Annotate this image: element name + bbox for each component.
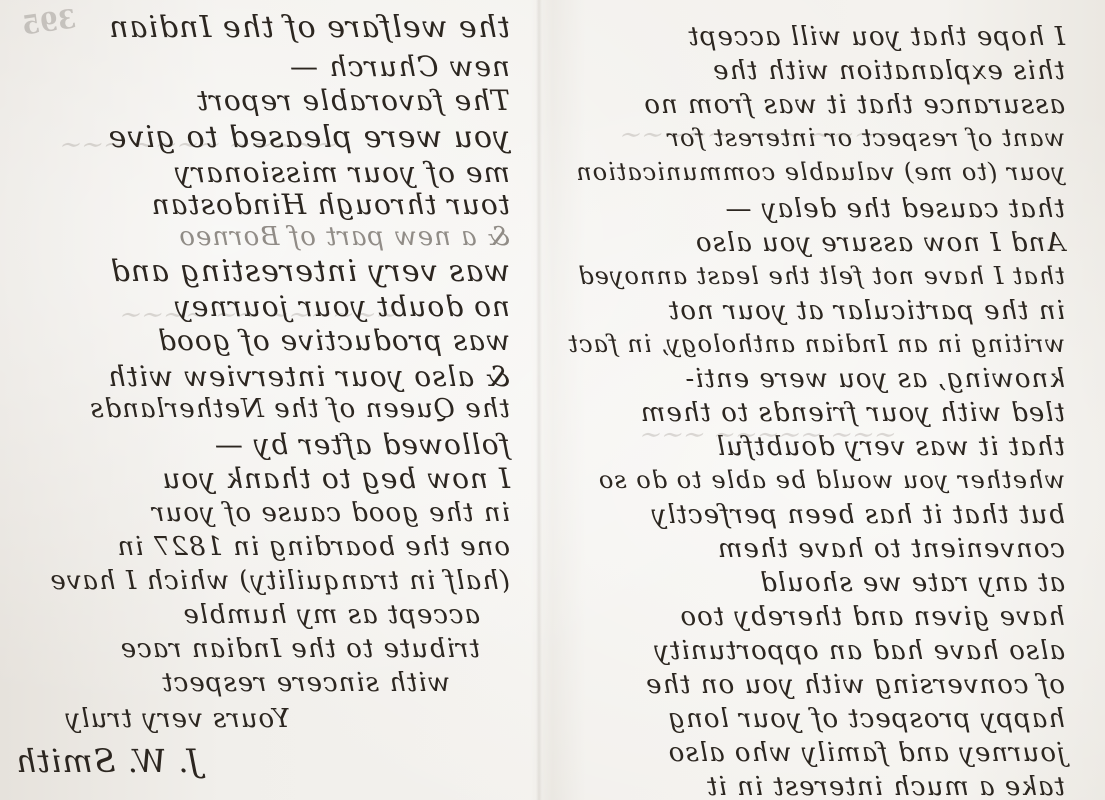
letter-line: the Queen of the Netherlands <box>89 394 510 424</box>
letter-line: at any rate we should <box>759 568 1065 598</box>
letter-line: writing in an Indian anthology, in fact <box>568 330 1065 358</box>
letter-line: (half in tranquility) which I have <box>49 566 510 596</box>
letter-line: tour through Hindostan <box>151 188 510 221</box>
letter-line: assurance that it was from no <box>643 90 1065 120</box>
letter-line: in the particular at your not <box>668 296 1065 326</box>
letter-line: but that it has been perfectly <box>651 500 1065 530</box>
letter-line: take a much interest in it <box>706 772 1065 800</box>
letter-line: you were pleased to give <box>108 120 510 155</box>
letter-line: was very interesting and <box>110 254 510 289</box>
letter-line: the welfare of the Indian <box>108 10 510 45</box>
letter-line: whether you would be able to do so <box>598 466 1065 494</box>
letter-line: & also your interview with <box>107 360 510 393</box>
letter-closing: Yours very truly <box>65 704 290 734</box>
letter-line: I now beg to thank you <box>161 462 510 495</box>
letter-closing: with sincere respect <box>161 668 450 698</box>
letter-line: also have had an opportunity <box>653 636 1065 666</box>
right-page: I hope that you will accept this explana… <box>545 0 1105 800</box>
letter-line: was productive of good <box>157 324 510 357</box>
letter-line: of conversing with you on the <box>645 670 1065 700</box>
letter-line: convenient to have them <box>717 534 1065 564</box>
letter-line: I hope that you will accept <box>687 22 1065 52</box>
letter-line: new Church — <box>289 50 510 83</box>
letter-line: knowing, as you were enti- <box>684 364 1065 394</box>
letter-line: followed after by — <box>214 428 510 461</box>
letter-line: in the good cause of your <box>151 498 510 528</box>
letter-line: want of respect or interest for <box>667 124 1065 152</box>
letter-line: tribute to the Indian race <box>120 634 480 664</box>
letter-line: accept as my humble <box>182 600 480 630</box>
letter-line: The favorable report <box>196 84 510 117</box>
letter-line: no doubt your journey <box>174 290 510 323</box>
letter-line: have given and thereby too <box>679 602 1065 632</box>
letter-line: one the boarding in 1827 in <box>116 532 510 562</box>
letter-line: that caused the delay — <box>725 194 1066 224</box>
letter-line: And I now assure you also <box>695 228 1065 258</box>
letter-line: journey and family who also <box>668 738 1065 768</box>
letter-line: that I have not felt the least annoyed <box>577 262 1065 290</box>
letter-sheet: 395 ~~~ ~~~~ ~~~~~ ~~~~ ~~ ~~~~~~ ~~~~~ … <box>0 0 1105 800</box>
letter-line: happy prospect of your long <box>667 704 1065 734</box>
letter-line: your (to me) valuable communication <box>575 158 1065 186</box>
letter-line: tled with your friends to them <box>640 398 1065 428</box>
letter-line: me of your missionary <box>174 156 510 189</box>
letter-line: this explanation with the <box>712 56 1065 86</box>
signature: J. W. Smith <box>15 742 200 780</box>
letter-line: & a new part of Borneo <box>178 222 510 252</box>
letter-line: that it was very doubtful <box>716 432 1065 462</box>
left-page: the welfare of the Indian new Church — T… <box>0 0 540 800</box>
